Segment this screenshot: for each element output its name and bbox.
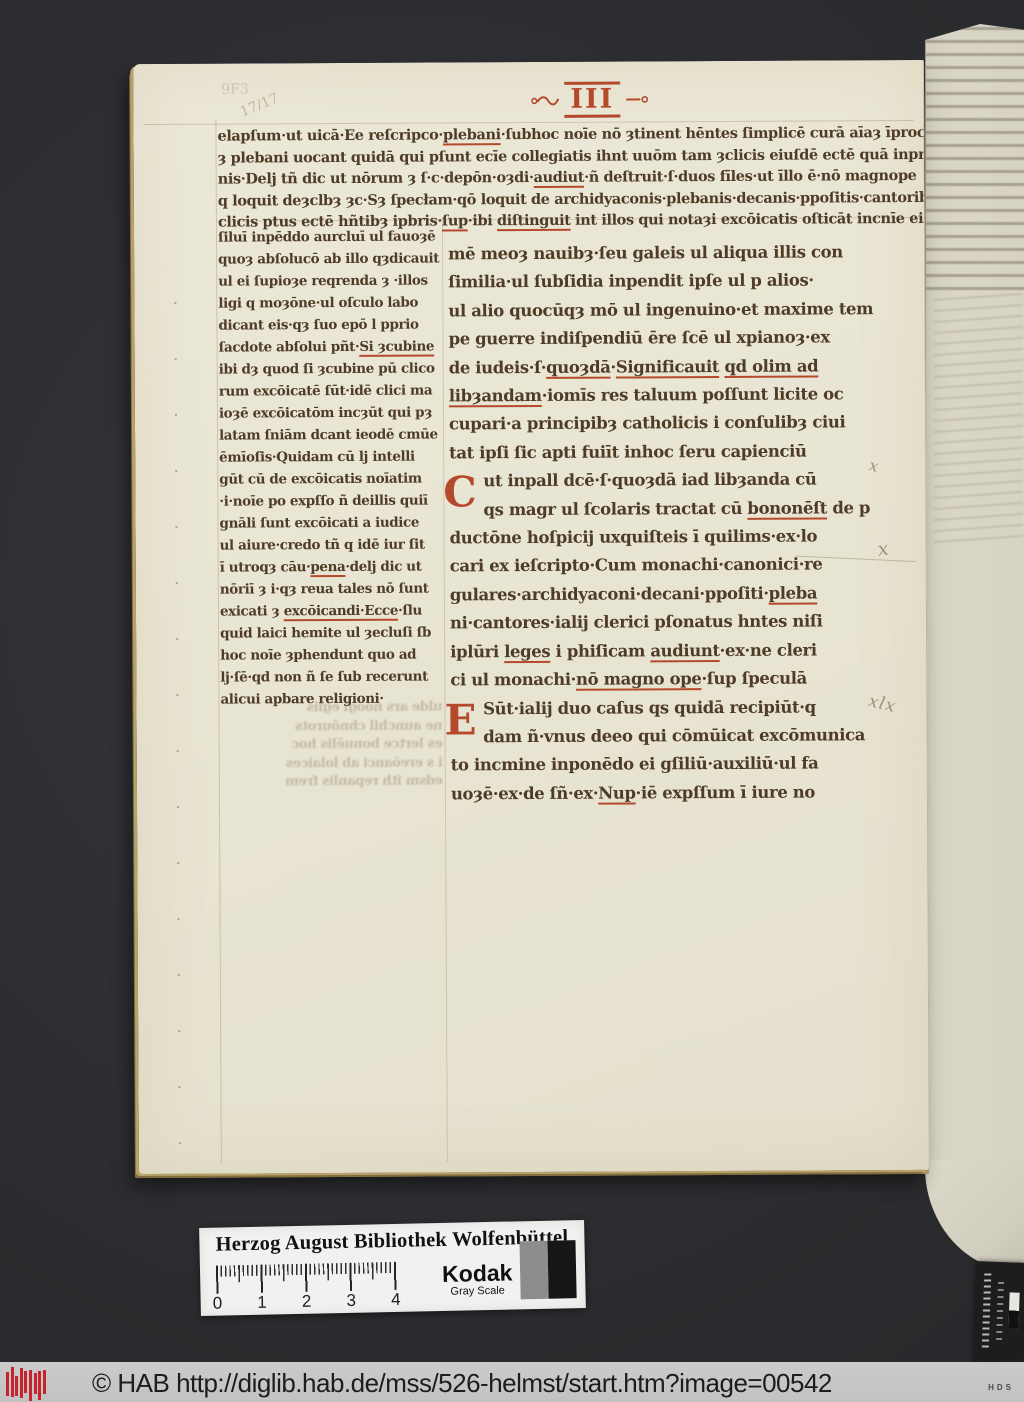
ghost-line: ne aunchil chnōurots <box>225 717 443 737</box>
show-through-text: ulde ars noōgi eglisne aunchil chnōurots… <box>224 698 442 792</box>
text-line: gulares·archidyaconi·decani·ppoſiti·pleb… <box>450 579 886 610</box>
ruler-numbers: 01234 <box>213 1290 401 1314</box>
manuscript-photo-viewer: 9F3 17/17 III elapſum·ut uicā·Ee reſcrip… <box>0 0 1024 1402</box>
rotated-label-gray-patch <box>1008 1292 1019 1328</box>
margin-mark: x <box>876 538 890 561</box>
scale-card: Herzog August Bibliothek Wolfenbüttel 01… <box>199 1220 586 1316</box>
kodak-brand: Kodak Gray Scale <box>442 1261 513 1297</box>
text-line: ul ei ſupioȝe reqrenda ȝ ·illos <box>218 269 444 292</box>
text-line: ſimilia·ul ſubſidia inpendit ipſe ul p a… <box>448 267 884 298</box>
paragraph: mē meoȝ nauibȝ·ſeu galeis ul aliqua illi… <box>448 238 885 468</box>
red-initial: E <box>444 697 476 743</box>
text-line: ut inpall dcē·ſ·quoȝdā iad libȝanda cū <box>449 465 885 496</box>
ruler-number: 3 <box>346 1291 356 1311</box>
text-line: to incmine inponēdo ei gſiliū·auxiliū·ul… <box>451 749 887 780</box>
text-line: rum excōicatē ſūt·idē clici ma <box>219 379 445 402</box>
red-initial: C <box>443 470 476 516</box>
text-line: ul alio quocūqȝ mō ul ingenuino·et maxim… <box>448 295 884 326</box>
ghost-line: ulde ars noōgi eglis <box>224 698 442 718</box>
text-line: qs magr ul ſcolaris tractat cū bononēſt … <box>449 494 885 525</box>
rotated-label-text-lines <box>982 1269 992 1347</box>
text-line: cupari·a principibȝ catholicis i conſuli… <box>449 409 885 440</box>
text-line: ēmīoſis·Quidam cū lj intelli <box>219 445 445 468</box>
text-line: ci ul monachi·nō magno ope·ſup ſpeculā <box>450 664 886 695</box>
paragraph: E Sūt·ialij duo caſus qs quidā recipiūt·… <box>450 693 887 809</box>
hab-logo <box>6 1365 46 1399</box>
paragraph-lines: Sūt·ialij duo caſus qs quidā recipiūt·qd… <box>450 693 887 809</box>
black-patch <box>547 1240 576 1299</box>
text-line: nōriī ȝ i·qȝ reua tales nō ſunt <box>220 577 446 600</box>
text-line: Sūt·ialij duo caſus qs quidā recipiūt·q <box>450 693 886 724</box>
heading-flourish-right <box>625 94 649 104</box>
text-line: quoȝ abſolucō ab illo qȝdicauit <box>218 247 444 270</box>
text-line: elapſum·ut uicā·Ee reſcripco·plebani·ſub… <box>217 122 919 147</box>
text-line: hoc noīe ȝphendunt quo ad <box>220 643 446 666</box>
ruler-number: 2 <box>302 1292 312 1312</box>
paragraph: C ut inpall dcē·ſ·quoȝdā iad libȝanda cū… <box>449 465 886 695</box>
text-line: ioȝē excōicatōm incȝūt qui pȝ <box>219 401 445 424</box>
text-line: tat ipſi ſic apti fuiīt inhoc ſeru capie… <box>449 437 885 468</box>
text-line: ſiluī inpēddo aurcluī ul fauoȝē <box>218 225 444 248</box>
gray-patch <box>519 1241 548 1300</box>
text-line: ī utroqȝ cāu·pena·delj dic ut <box>220 555 446 578</box>
ruler-number: 4 <box>391 1290 401 1310</box>
paragraph-lines: mē meoȝ nauibȝ·ſeu galeis ul aliqua illi… <box>448 238 885 468</box>
text-line: iplūri leges i phiſicam audiunt·ex·ne cl… <box>450 636 886 667</box>
ghost-line: es lertce bonuēlis hoc <box>225 735 443 755</box>
ruler-number: 1 <box>257 1293 267 1313</box>
right-column: mē meoȝ nauibȝ·ſeu galeis ul aliqua illi… <box>448 238 887 808</box>
text-line: latam ſniām dcant ieodē cmūe <box>219 423 445 446</box>
text-line: de iudeis·ſ·quoȝdā·Significauit qd olim … <box>449 352 885 383</box>
paragraph-lines: ut inpall dcē·ſ·quoȝdā iad libȝanda cūqs… <box>449 465 886 695</box>
manuscript-page: 9F3 17/17 III elapſum·ut uicā·Ee reſcrip… <box>133 60 930 1174</box>
text-line: ul aiure·credo tñ q idē iur ſit <box>220 533 446 556</box>
gray-scale-patch <box>519 1240 576 1299</box>
pricking-dots <box>174 264 181 1144</box>
kodak-wordmark: Kodak <box>442 1261 513 1285</box>
ghost-line: edsm ith repanlis frem <box>225 772 443 792</box>
left-column: ſiluī inpēddo aurcluī ul fauoȝēquoȝ abſo… <box>218 225 447 710</box>
text-line: dicant eis·qȝ ſuo epō l pprio <box>218 313 444 336</box>
text-line: ·i·noīe po expſſo ñ deillis quiī <box>219 489 445 512</box>
cm-ruler: 01234 <box>212 1262 413 1314</box>
text-line: ni·cantores·ialij clerici pſonatus hntes… <box>450 607 886 638</box>
text-line: ſacdote abſolui pñt·Si ȝcubine <box>219 335 445 358</box>
text-line: gūt cū de excōicatis noīatim <box>219 467 445 490</box>
text-line: pe guerre indiſpendiū ēre ſcē ul xpianoȝ… <box>448 323 884 354</box>
chapter-heading: III <box>531 81 649 118</box>
ghost-text-faint <box>934 287 1023 543</box>
ruler-ticks <box>216 1262 399 1294</box>
text-line: ductōne hoſpicij uxquiſteis ī quilims·ex… <box>450 522 886 553</box>
facing-page-corner <box>925 1160 1024 1272</box>
text-line: quid laici hemite ul ȝecluſi ſb <box>220 621 446 644</box>
rotated-label-text-lines <box>996 1280 1004 1340</box>
chapter-numeral: III <box>564 82 620 118</box>
heading-flourish-left <box>531 94 559 106</box>
ruler-cm-ticks <box>216 1262 399 1294</box>
text-line: dam ñ·vnus deeo qui cōmūicat excōmunica <box>451 721 887 752</box>
text-line: mē meoȝ nauibȝ·ſeu galeis ul aliqua illi… <box>448 238 884 269</box>
text-line: gnāli ſunt excōicati a iudice <box>219 511 445 534</box>
ghost-line: i s ereōanci ab lolaices <box>225 754 443 774</box>
copyright-url: © HAB http://diglib.hab.de/mss/526-helms… <box>92 1368 832 1399</box>
text-line: uoȝē·ex·de ſñ·ex·Nup·iē expſſum ī iure n… <box>451 778 887 809</box>
text-line: libȝandam·iomīs res taluum poſſunt licit… <box>449 380 885 411</box>
text-line: exicati ȝ excōicandi·Ecce·ſlu <box>220 599 446 622</box>
text-line: ligi q moȝōne·ul oſculo labo <box>218 291 444 314</box>
text-line: lj·ſē·qd non ñ ſe ſub recerunt <box>220 665 446 688</box>
ruler-number: 0 <box>213 1294 223 1314</box>
rotated-scale-label <box>973 1261 1024 1363</box>
top-text-block: elapſum·ut uicā·Ee reſcripco·plebani·ſub… <box>217 122 920 233</box>
adjacent-page-edge <box>925 24 1024 1164</box>
text-line: nis·Delj tñ dic ut nōrum ȝ ſ·c·depōn·oȝd… <box>218 165 920 190</box>
text-line: ibi dȝ quod ſi ȝcubine pū clico <box>219 357 445 380</box>
text-line: cari ex ieſcripto·Cum monachi·canonici·r… <box>450 551 886 582</box>
ghost-text-dense <box>926 24 1024 290</box>
kodak-subtitle: Gray Scale <box>442 1284 513 1297</box>
corner-code: HDS <box>988 1383 1014 1392</box>
caption-bar: © HAB http://diglib.hab.de/mss/526-helms… <box>0 1362 1024 1402</box>
pencil-mark: 9F3 <box>221 81 249 97</box>
